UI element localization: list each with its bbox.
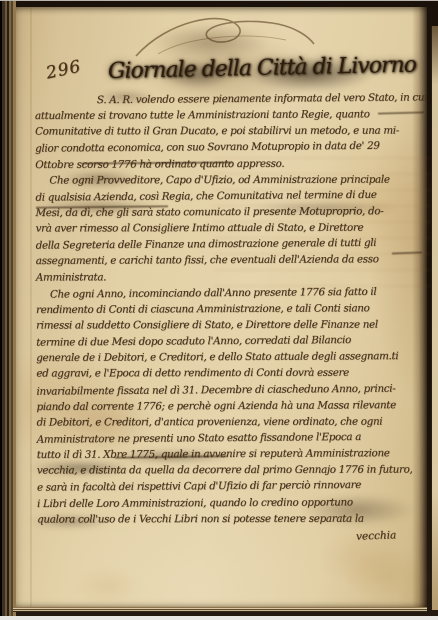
body-text: S. A. R. volendo essere pienamente infor… (35, 90, 429, 528)
paper-stain (73, 565, 143, 607)
manuscript-line: i Libri delle Loro Amministrazioni, quan… (37, 493, 429, 511)
manuscript-line: tutto il dì 31. Xbre 1775, quale in avve… (37, 445, 429, 463)
calligraphic-flourish-icon (128, 14, 318, 60)
manuscript-line: Amministratore ne presenti uno Stato esa… (37, 428, 429, 447)
manuscript-line: Mesi, da dì, che gli sarà stato comunica… (35, 203, 427, 221)
manuscript-line: Amministrata. (36, 268, 428, 285)
manuscript-line: S. A. R. volendo essere pienamente infor… (35, 89, 427, 108)
manuscript-line: Che ogni Provveditore, Capo d'Ufizio, od… (35, 171, 427, 188)
manuscript-line: Che ogni Anno, incominciando dall'Anno p… (36, 283, 428, 302)
manuscript-line: piando dal corrente 1776; e perchè ogni … (36, 397, 428, 415)
scan-edge-top (0, 0, 438, 1)
manuscript-photo: 296 Giornale della Città di Livorno S. A… (0, 0, 438, 620)
next-page-edge (431, 26, 438, 610)
manuscript-line: ed aggravi, e l'Epoca di detto rendiment… (36, 365, 428, 382)
manuscript-line: rendimento di Conti di ciascuna Amminist… (36, 300, 428, 318)
manuscript-line: termine di due Mesi dopo scaduto l'Anno,… (36, 331, 428, 350)
manuscript-line: di qualsisia Azienda, così Regia, che Co… (35, 186, 427, 205)
manuscript-line: qualora coll'uso de i Vecchi Libri non s… (37, 510, 429, 527)
page-stack-edges (13, 607, 427, 612)
manuscript-line: invariabilmente fissata nel dì 31. Decem… (36, 380, 428, 399)
book-gutter-edges (0, 1, 16, 616)
manuscript-line: attualmente si trovano tutte le Amminist… (35, 106, 427, 124)
manuscript-line: assegnamenti, e carichi tanto fissi, che… (36, 251, 428, 269)
catchword: vecchia (356, 529, 397, 542)
paper-fold-line (30, 7, 32, 607)
manuscript-line: Ottobre scorso 1776 hà ordinato quanto a… (35, 155, 427, 173)
scan-edge-bottom (0, 616, 438, 620)
